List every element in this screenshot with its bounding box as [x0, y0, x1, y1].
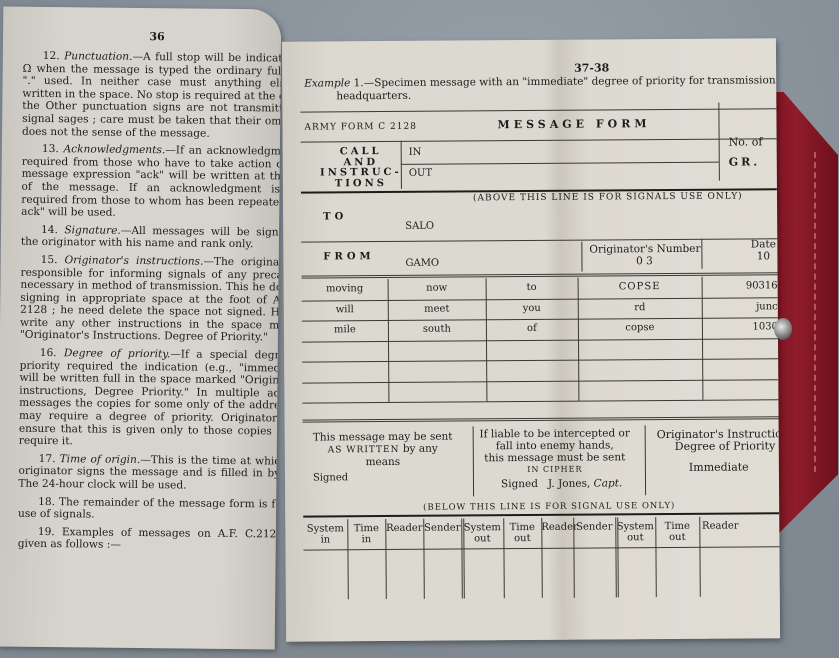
message-word-cell: [302, 365, 388, 366]
signal-column-header: Timein: [347, 523, 385, 545]
out-label: OUT: [409, 168, 432, 179]
signal-column-header: Reader: [699, 521, 741, 532]
paragraph-13: 13. Acknowledgments.—If an acknowledgmen…: [21, 143, 281, 222]
date-field: Date 10: [743, 238, 780, 262]
message-word-cell: [702, 383, 778, 384]
message-word-cell: will: [302, 303, 388, 315]
from-label: FROM: [323, 251, 374, 262]
rule: [401, 162, 719, 165]
rule: [302, 379, 778, 383]
as-written-box: This message may be sent AS WRITTEN by a…: [313, 431, 453, 469]
message-word-cell: [302, 385, 388, 386]
rule: [303, 512, 779, 517]
in-label: IN: [409, 147, 422, 158]
to-value: SALO: [405, 221, 434, 232]
no-of-label: No. of: [729, 135, 763, 148]
rule: [303, 416, 779, 422]
call-and-instructions-label: CALL AND INSTRUC- TIONS: [311, 147, 411, 190]
message-word-cell: rd: [578, 301, 702, 313]
message-word-cell: [388, 364, 486, 365]
message-word-cell: meet: [388, 303, 486, 315]
as-written-signed-label: Signed: [313, 472, 348, 483]
message-word-cell: 1030: [702, 321, 778, 333]
rule: [302, 272, 778, 278]
rule: [302, 358, 778, 362]
signals-use-table: SysteminTimeinReaderSenderSystemoutTimeo…: [282, 38, 776, 41]
signal-column-header: Sender: [573, 521, 615, 532]
message-word-cell: moving: [302, 283, 388, 295]
message-word-cell: [578, 342, 702, 343]
above-line-note: (ABOVE THIS LINE IS FOR SIGNALS USE ONLY…: [473, 192, 743, 204]
message-word-cell: to: [486, 282, 578, 294]
paragraph-17: 17. Time of origin.—This is the time at …: [18, 453, 281, 494]
message-word-cell: 90316: [702, 280, 778, 292]
message-word-cell: [702, 342, 778, 343]
rule: [302, 399, 778, 403]
message-word-cell: you: [486, 302, 578, 314]
message-word-cell: junc: [702, 301, 778, 313]
signal-column-header: Timeout: [503, 522, 541, 544]
example-caption: Example 1.—Specimen message with an "imm…: [304, 74, 780, 103]
rule: [302, 338, 778, 342]
rule: [581, 242, 582, 272]
below-line-note: (BELOW THIS LINE IS FOR SIGNAL USE ONLY): [423, 501, 675, 513]
rule: [615, 517, 619, 597]
rule: [301, 238, 777, 242]
page-range: 37-38: [574, 61, 609, 74]
message-word-cell: [302, 344, 388, 345]
message-word-cell: [702, 362, 778, 363]
message-word-cell: [486, 343, 578, 344]
paragraph-19: 19. Examples of messages on A.F. C.2128 …: [18, 526, 282, 554]
originators-instructions-box: Originator's Instructions Degree of Prio…: [657, 428, 780, 474]
signal-column-header: Systemout: [461, 522, 503, 544]
message-word-cell: [388, 344, 486, 345]
right-page-message-form: 37-38 Example 1.—Specimen message with a…: [282, 38, 780, 641]
groups-label: GR.: [729, 155, 760, 168]
paragraph-16: 16. Degree of priority.—If a special deg…: [19, 347, 282, 451]
message-word-cell: of: [486, 323, 578, 335]
book-cover: [770, 92, 838, 542]
message-word-cell: south: [388, 323, 486, 335]
rule: [701, 239, 702, 269]
originators-number: Originator's Number 0 3: [589, 243, 699, 268]
to-label: TO: [323, 211, 347, 222]
message-word-cell: mile: [302, 324, 388, 336]
signal-column-header: Reader: [541, 522, 573, 533]
rule: [718, 103, 720, 181]
message-word-cell: [486, 384, 578, 385]
cipher-signature: Signed J. Jones, Capt.: [501, 477, 622, 490]
message-word-cell: COPSE: [578, 281, 702, 293]
message-word-cell: now: [388, 282, 486, 294]
signal-column-header: Sender: [423, 522, 461, 533]
rule: [645, 425, 646, 495]
signal-column-header: Systemin: [303, 523, 347, 545]
left-page: 36 12. Punctuation.—A full stop will be …: [0, 7, 281, 650]
message-word-cell: [578, 363, 702, 364]
signal-column-header: Timeout: [655, 521, 699, 543]
from-value: GAMO: [405, 258, 439, 269]
message-word-cell: copse: [578, 322, 702, 334]
form-title: MESSAGE FORM: [497, 117, 650, 131]
priority-value: Immediate: [657, 461, 780, 474]
cipher-box: If liable to be intercepted or fall into…: [475, 427, 635, 476]
rule: [461, 518, 465, 598]
rule: [300, 108, 776, 112]
signal-column-header: Reader: [385, 523, 423, 534]
paragraph-18: 18. The remainder of the message form is…: [18, 495, 281, 523]
paragraph-12: 12. Punctuation.—A full stop will be ind…: [22, 50, 281, 141]
cover-stitching: [814, 152, 816, 472]
message-word-cell: [388, 385, 486, 386]
rule: [301, 138, 777, 142]
paragraph-14: 14. Signature.—All messages will be sign…: [21, 223, 282, 251]
left-page-body: 12. Punctuation.—A full stop will be ind…: [0, 42, 281, 554]
message-word-cell: [486, 364, 578, 365]
army-form-number: ARMY FORM C 2128: [304, 122, 416, 133]
message-text-grid: movingnowtoCOPSE90316willmeetyourdjuncmi…: [282, 38, 776, 41]
snap-fastener: [774, 318, 792, 340]
signal-column-header: Systemout: [615, 521, 655, 543]
message-word-cell: [578, 383, 702, 384]
paragraph-15: 15. Originator's instructions.—The origi…: [20, 254, 281, 345]
